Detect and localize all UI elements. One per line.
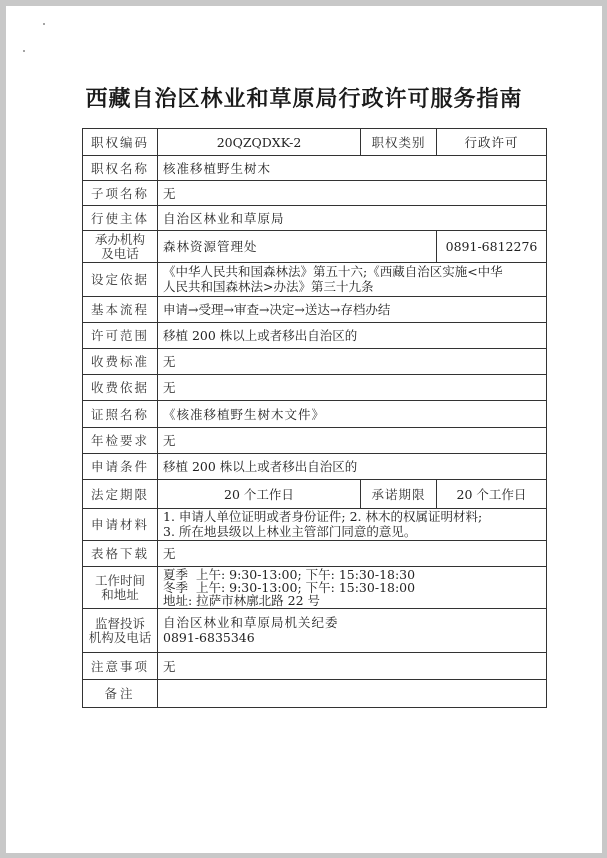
value-certificate: 《核准移植野生树木文件》 [158, 401, 547, 428]
label-basis: 设定依据 [83, 263, 158, 297]
label-promised-deadline: 承诺期限 [361, 480, 437, 509]
value-materials-line1: 1. 申请人单位证明或者身份证件; 2. 林木的权属证明材料; [163, 510, 541, 525]
label-annual-check: 年检要求 [83, 428, 158, 454]
value-hours: 夏季 上午: 9:30-13:00; 下午: 15:30-18:30 冬季 上午… [158, 567, 547, 609]
value-fee-basis: 无 [158, 375, 547, 401]
value-scope: 移植 200 株以上或者移出自治区的 [158, 323, 547, 349]
label-certificate: 证照名称 [83, 401, 158, 428]
value-basis-line1: 《中华人民共和国森林法》第五十六;《西藏自治区实施<中华 [163, 265, 541, 280]
label-notes: 注意事项 [83, 653, 158, 680]
row-deadline: 法定期限 20 个工作日 承诺期限 20 个工作日 [83, 480, 547, 509]
label-conditions: 申请条件 [83, 454, 158, 480]
label-hours-line2: 和地址 [88, 588, 152, 602]
row-notes: 注意事项 无 [83, 653, 547, 680]
row-subitem: 子项名称 无 [83, 181, 547, 206]
row-name: 职权名称 核准移植野生树木 [83, 156, 547, 181]
value-subject: 自治区林业和草原局 [158, 206, 547, 231]
row-process: 基本流程 申请→受理→审查→决定→送达→存档办结 [83, 297, 547, 323]
value-promised-deadline: 20 个工作日 [437, 480, 547, 509]
value-conditions: 移植 200 株以上或者移出自治区的 [158, 454, 547, 480]
value-complaint-phone: 0891-6835346 [163, 631, 541, 646]
row-scope: 许可范围 移植 200 株以上或者移出自治区的 [83, 323, 547, 349]
row-subject: 行使主体 自治区林业和草原局 [83, 206, 547, 231]
value-materials-line2: 3. 所在地县级以上林业主管部门同意的意见。 [163, 525, 541, 540]
value-name: 核准移植野生树木 [158, 156, 547, 181]
value-fee-standard: 无 [158, 349, 547, 375]
label-category: 职权类别 [361, 129, 437, 156]
label-name: 职权名称 [83, 156, 158, 181]
value-basis-line2: 人民共和国森林法>办法》第三十九条 [163, 280, 541, 295]
row-fee-basis: 收费依据 无 [83, 375, 547, 401]
row-hours: 工作时间 和地址 夏季 上午: 9:30-13:00; 下午: 15:30-18… [83, 567, 547, 609]
label-fee-basis: 收费依据 [83, 375, 158, 401]
value-materials: 1. 申请人单位证明或者身份证件; 2. 林木的权属证明材料; 3. 所在地县级… [158, 509, 547, 541]
service-guide-table: 职权编码 20QZQDXK-2 职权类别 行政许可 职权名称 核准移植野生树木 … [82, 128, 547, 708]
label-hours-line1: 工作时间 [88, 574, 152, 588]
label-subitem: 子项名称 [83, 181, 158, 206]
label-complaint-line2: 机构及电话 [88, 631, 152, 645]
row-basis: 设定依据 《中华人民共和国森林法》第五十六;《西藏自治区实施<中华 人民共和国森… [83, 263, 547, 297]
label-materials: 申请材料 [83, 509, 158, 541]
label-code: 职权编码 [83, 129, 158, 156]
value-agency-phone: 0891-6812276 [437, 231, 547, 263]
row-annual-check: 年检要求 无 [83, 428, 547, 454]
value-process: 申请→受理→审查→决定→送达→存档办结 [158, 297, 547, 323]
row-agency: 承办机构 及电话 森林资源管理处 0891-6812276 [83, 231, 547, 263]
label-scope: 许可范围 [83, 323, 158, 349]
row-materials: 申请材料 1. 申请人单位证明或者身份证件; 2. 林木的权属证明材料; 3. … [83, 509, 547, 541]
value-form-download: 无 [158, 541, 547, 567]
value-code: 20QZQDXK-2 [158, 129, 361, 156]
value-remarks [158, 680, 547, 708]
label-hours: 工作时间 和地址 [83, 567, 158, 609]
label-deadline: 法定期限 [83, 480, 158, 509]
label-agency-line2: 及电话 [88, 247, 152, 261]
label-subject: 行使主体 [83, 206, 158, 231]
label-process: 基本流程 [83, 297, 158, 323]
document-title: 西藏自治区林业和草原局行政许可服务指南 [6, 82, 602, 113]
value-basis: 《中华人民共和国森林法》第五十六;《西藏自治区实施<中华 人民共和国森林法>办法… [158, 263, 547, 297]
value-subitem: 无 [158, 181, 547, 206]
label-complaint-line1: 监督投诉 [88, 617, 152, 631]
label-form-download: 表格下载 [83, 541, 158, 567]
document-page: 西藏自治区林业和草原局行政许可服务指南 职权编码 20QZQDXK-2 职权类别… [6, 6, 602, 853]
value-annual-check: 无 [158, 428, 547, 454]
row-form-download: 表格下载 无 [83, 541, 547, 567]
value-complaint-org: 自治区林业和草原局机关纪委 [163, 616, 541, 631]
value-deadline: 20 个工作日 [158, 480, 361, 509]
label-fee-standard: 收费标准 [83, 349, 158, 375]
label-agency: 承办机构 及电话 [83, 231, 158, 263]
value-category: 行政许可 [437, 129, 547, 156]
label-complaint: 监督投诉 机构及电话 [83, 609, 158, 653]
row-fee-standard: 收费标准 无 [83, 349, 547, 375]
value-notes: 无 [158, 653, 547, 680]
row-complaint: 监督投诉 机构及电话 自治区林业和草原局机关纪委 0891-6835346 [83, 609, 547, 653]
scan-speck [43, 23, 45, 25]
row-conditions: 申请条件 移植 200 株以上或者移出自治区的 [83, 454, 547, 480]
scan-speck [23, 50, 25, 52]
row-certificate: 证照名称 《核准移植野生树木文件》 [83, 401, 547, 428]
row-code: 职权编码 20QZQDXK-2 职权类别 行政许可 [83, 129, 547, 156]
value-agency: 森林资源管理处 [158, 231, 437, 263]
row-remarks: 备注 [83, 680, 547, 708]
label-agency-line1: 承办机构 [88, 233, 152, 247]
value-address: 地址: 拉萨市林廓北路 22 号 [163, 594, 541, 607]
label-remarks: 备注 [83, 680, 158, 708]
value-complaint: 自治区林业和草原局机关纪委 0891-6835346 [158, 609, 547, 653]
